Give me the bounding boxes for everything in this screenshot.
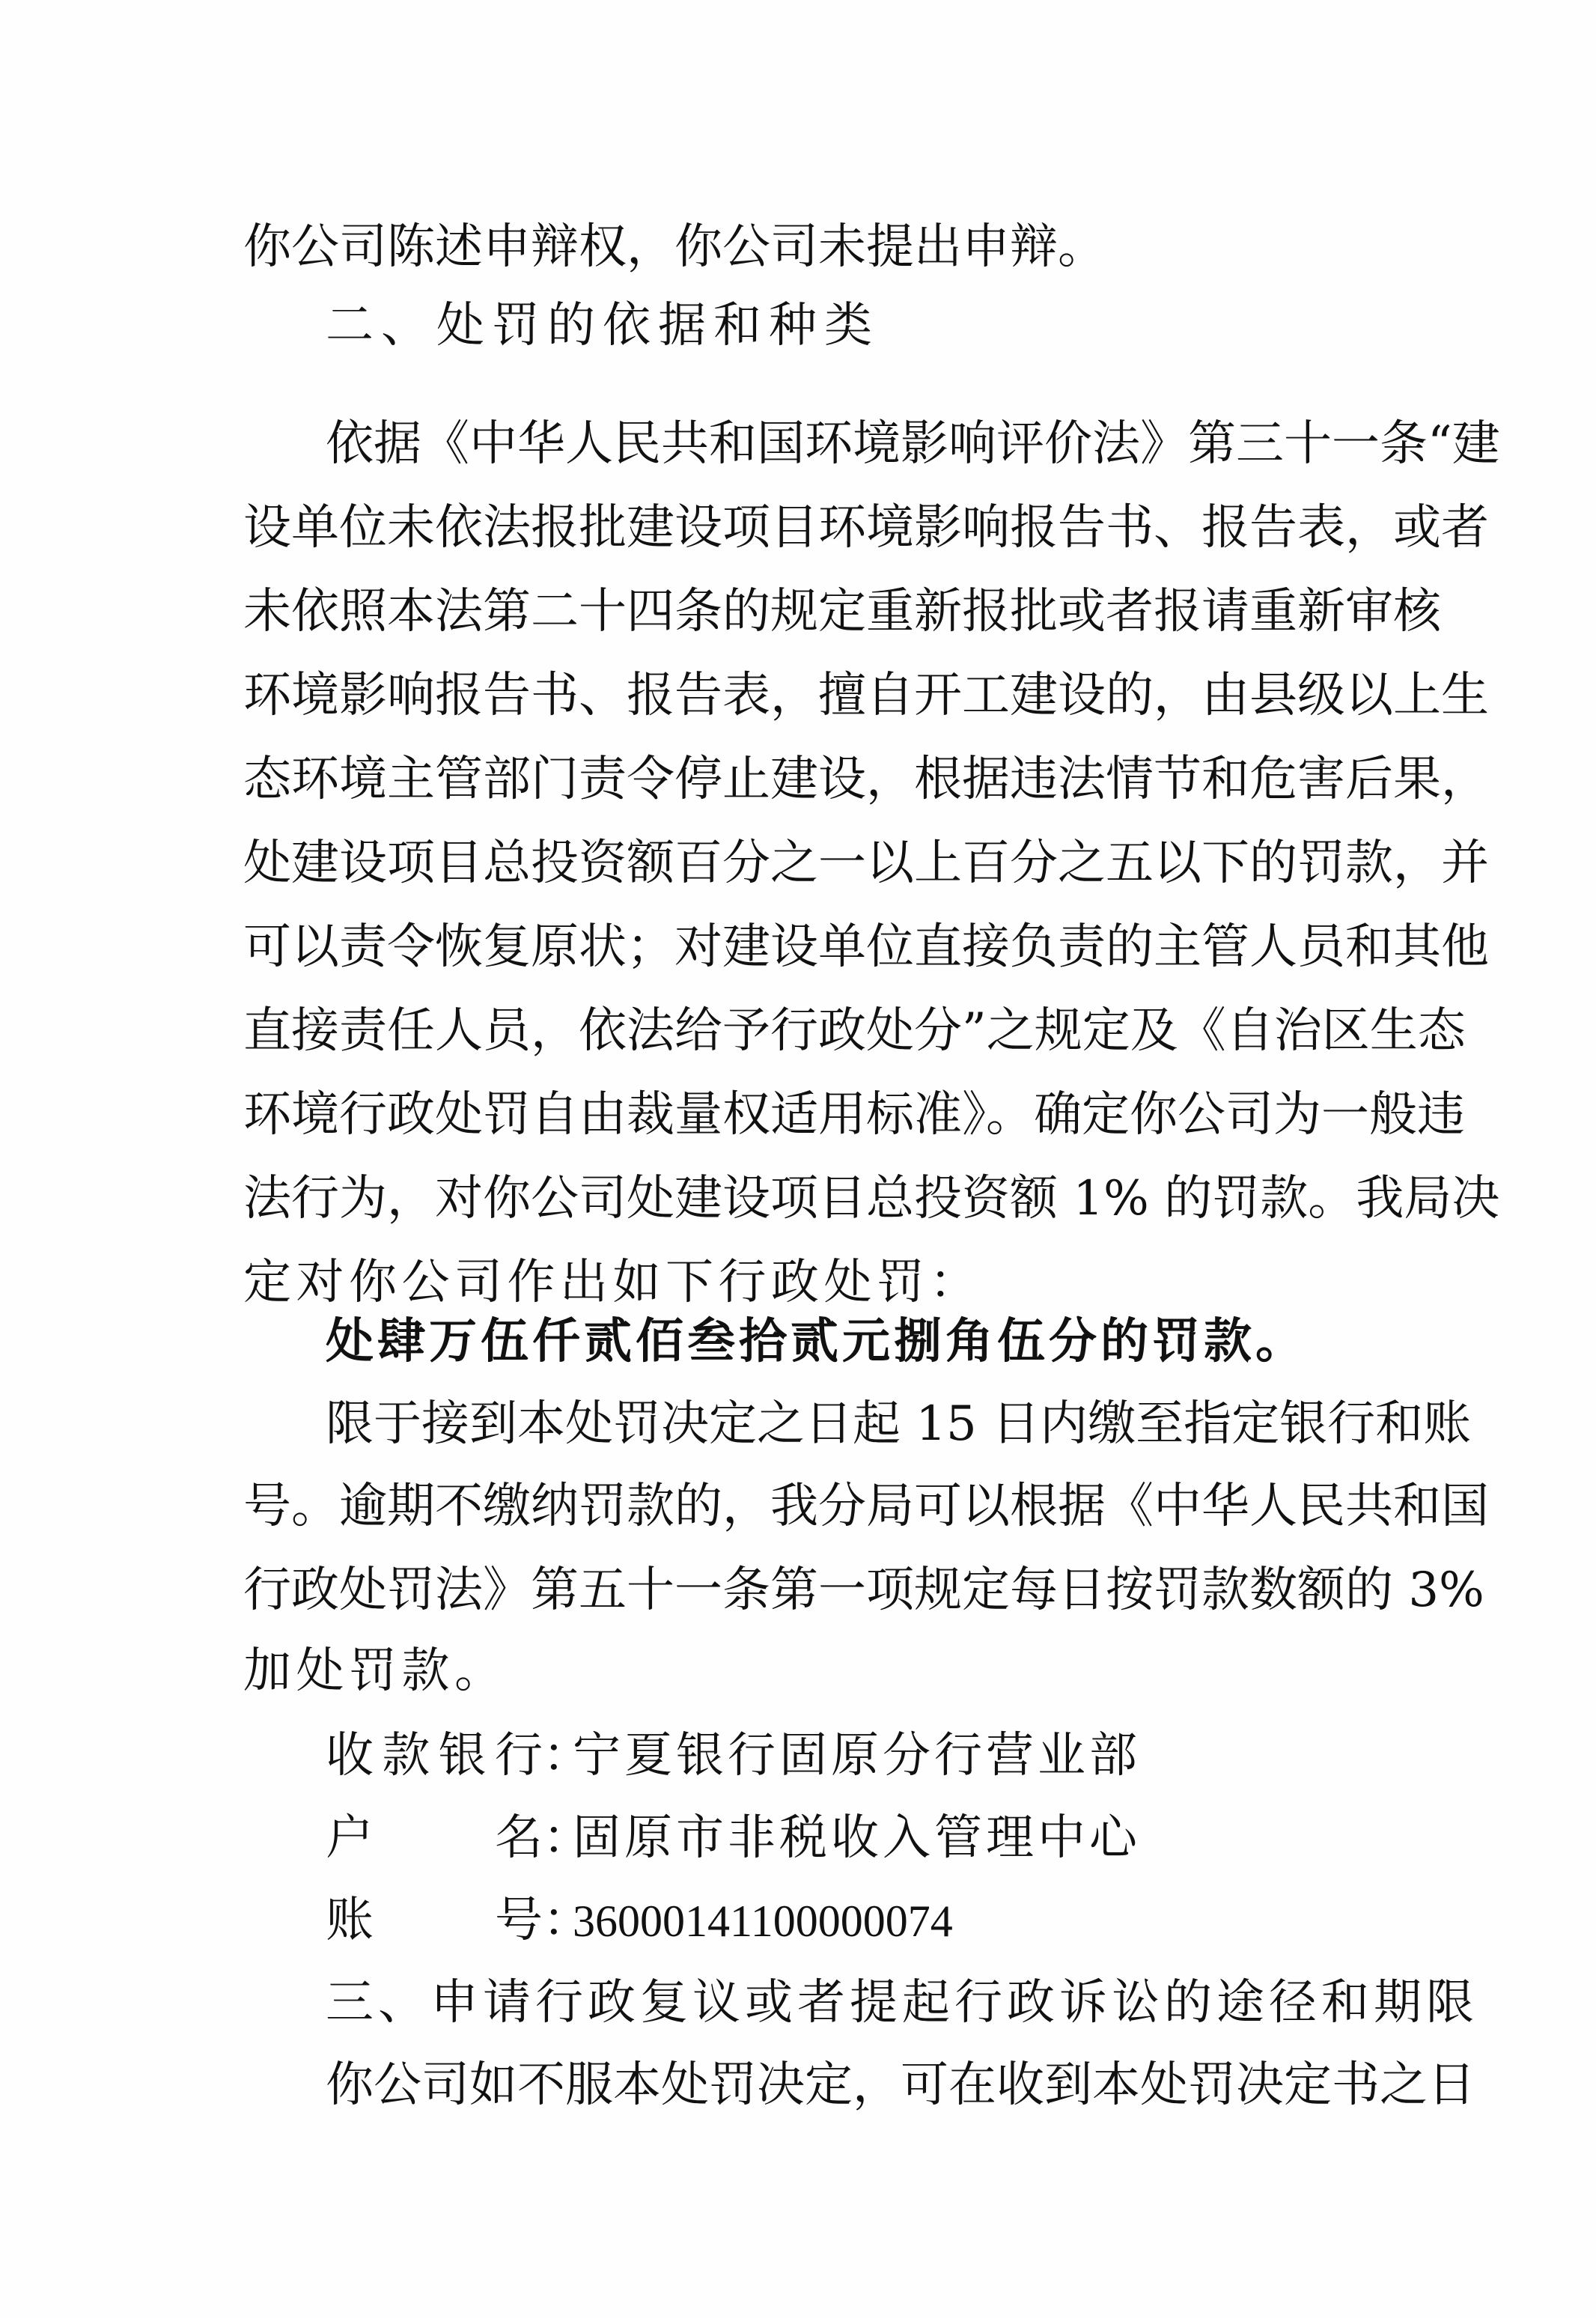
separator: ：	[543, 1808, 573, 1868]
account-name-label: 户名	[326, 1808, 543, 1868]
section-heading-basis: 二、处罚的依据和种类	[326, 296, 880, 356]
separator: ：	[543, 1890, 573, 1950]
text-line: 行政处罚法》第五十一条第一项规定每日按罚款数额的 3%	[243, 1560, 1389, 1620]
payment-account-row: 账号：36000141100000074	[326, 1890, 953, 1951]
penalty-amount: 处肆万伍仟贰佰叁拾贰元捌角伍分的罚款。	[326, 1312, 1307, 1372]
text-line: 可以责令恢复原状；对建设单位直接负责的主管人员和其他	[243, 917, 1389, 977]
bank-label: 收款银行	[326, 1726, 543, 1786]
bank-value: 宁夏银行固原分行营业部	[573, 1726, 1141, 1786]
account-name-value: 固原市非税收入管理中心	[573, 1808, 1141, 1868]
text-line: 处建设项目总投资额百分之一以上百分之五以下的罚款，并	[243, 833, 1389, 893]
text-line: 环境影响报告书、报告表，擅自开工建设的，由县级以上生	[243, 666, 1389, 725]
payment-name-row: 户名：固原市非税收入管理中心	[326, 1808, 1141, 1868]
payment-bank-row: 收款银行：宁夏银行固原分行营业部	[326, 1726, 1141, 1786]
text-line: 你公司如不服本处罚决定，可在收到本处罚决定书之日	[326, 2055, 1389, 2115]
document-page: 你公司陈述申辩权，你公司未提出申辩。 二、处罚的依据和种类 依据《中华人民共和国…	[0, 0, 1596, 2318]
text-line: 你公司陈述申辩权，你公司未提出申辩。	[243, 217, 1007, 277]
account-number-label: 账号	[326, 1890, 543, 1950]
text-line: 法行为，对你公司处建设项目总投资额 1% 的罚款。我局决	[243, 1169, 1389, 1229]
text-line: 依据《中华人民共和国环境影响评价法》第三十一条“建	[326, 414, 1389, 474]
text-line: 加处罚款。	[243, 1641, 508, 1701]
separator: ：	[543, 1726, 573, 1786]
text-line: 限于接到本处罚决定之日起 15 日内缴至指定银行和账	[326, 1394, 1389, 1454]
section-heading-remedy: 三、申请行政复议或者提起行政诉讼的途径和期限	[326, 1973, 1478, 2033]
text-line: 态环境主管部门责令停止建设，根据违法情节和危害后果，	[243, 749, 1389, 809]
account-number-value: 36000141100000074	[573, 1891, 953, 1951]
text-line: 未依照本法第二十四条的规定重新报批或者报请重新审核	[243, 582, 1389, 642]
text-line: 环境行政处罚自由裁量权适用标准》。确定你公司为一般违	[243, 1085, 1389, 1145]
text-line: 设单位未依法报批建设项目环境影响报告书、报告表，或者	[243, 498, 1389, 558]
text-line: 号。逾期不缴纳罚款的，我分局可以根据《中华人民共和国	[243, 1476, 1389, 1536]
text-line: 直接责任人员，依法给予行政处分”之规定及《自治区生态	[243, 1001, 1389, 1061]
text-line: 定对你公司作出如下行政处罚：	[243, 1253, 982, 1312]
